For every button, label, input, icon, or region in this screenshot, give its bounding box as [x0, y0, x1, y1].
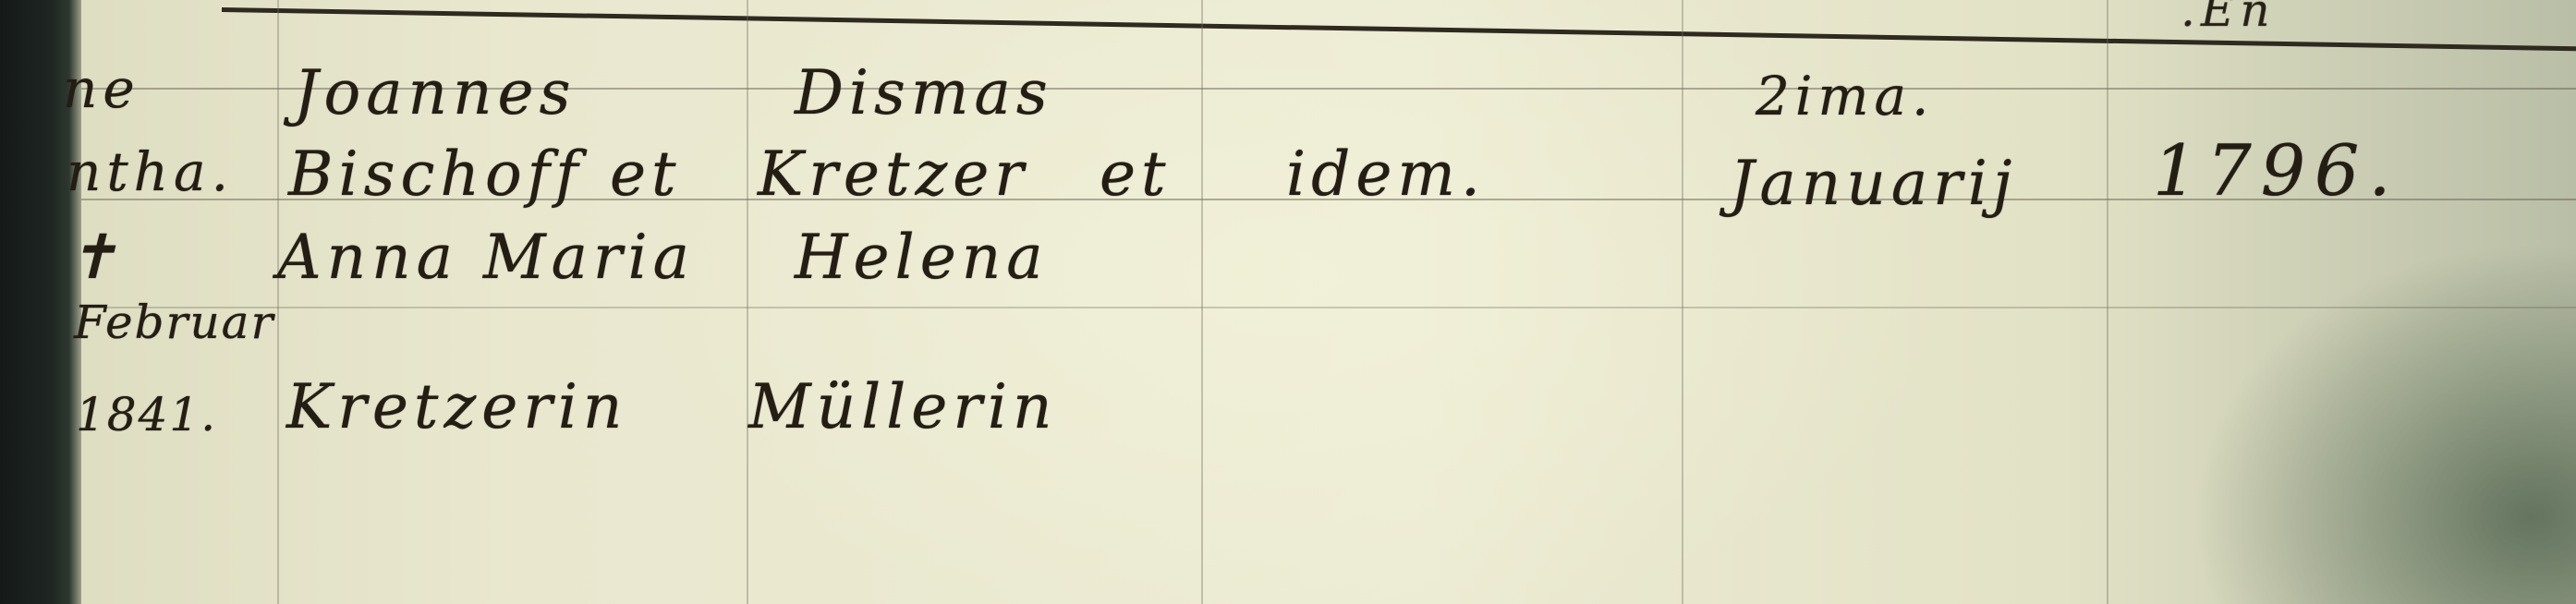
column-rule-5	[2107, 0, 2108, 604]
place-idem: idem.	[1286, 139, 1486, 210]
mother-first-name: Helena	[795, 222, 1049, 293]
father-first-name: Dismas	[795, 57, 1053, 128]
column-rule-4	[1682, 0, 1683, 604]
margin-fragment-2: ntha.	[67, 140, 234, 203]
column-rule-1	[277, 0, 279, 604]
date-month: Januarij	[1730, 148, 2017, 219]
death-cross-symbol: ✝	[67, 222, 123, 293]
header-fragment: .En	[2181, 0, 2276, 37]
date-day: 2ima.	[1756, 65, 1934, 127]
margin-fragment-1: ne	[63, 57, 140, 120]
mother-surname: Müllerin	[748, 371, 1058, 442]
date-year: 1796.	[2153, 129, 2400, 211]
column-rule-3	[1201, 0, 1203, 604]
death-note-month: Februar	[74, 296, 274, 349]
father-surname: Kretzer	[758, 139, 1029, 210]
connector-et-2: et	[1100, 139, 1172, 210]
groom-surname: Bischoff	[288, 139, 584, 210]
bride-surname: Kretzerin	[286, 371, 627, 442]
groom-first-name: Joannes	[294, 57, 576, 128]
connector-et-1: et	[610, 139, 682, 210]
column-rule-2	[747, 0, 748, 604]
bride-first-name: Anna Maria	[277, 222, 695, 293]
ruled-line-3	[81, 307, 2576, 308]
death-note-year: 1841.	[76, 388, 217, 441]
